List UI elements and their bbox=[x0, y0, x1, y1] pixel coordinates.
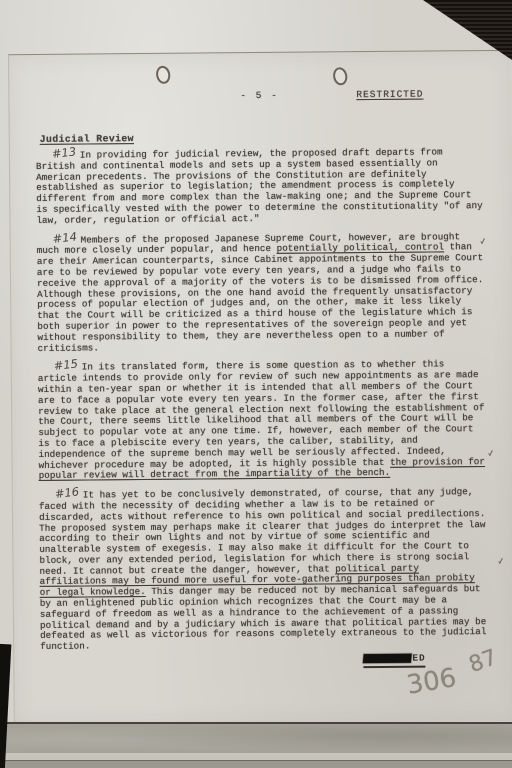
paragraph: #14Members of the proposed Japanese Supr… bbox=[37, 232, 484, 355]
paragraph: #16It has yet to be conclusively demonst… bbox=[39, 487, 487, 653]
paragraph: #13In providing for judicial review, the… bbox=[36, 147, 483, 226]
lower-sheet-band bbox=[0, 722, 512, 755]
lower-sheet-edge bbox=[0, 760, 512, 768]
paragraph: #15In its translated form, there is some… bbox=[38, 359, 485, 482]
restricted-stamp: ED bbox=[363, 653, 426, 669]
text-segment: In providing for judicial review, the pr… bbox=[36, 146, 483, 225]
paragraph-marker: #13 bbox=[51, 146, 76, 159]
stamp-redaction-bar bbox=[363, 654, 412, 663]
scanned-document-photo: - 5 - RESTRICTED Judicial Review #13In p… bbox=[0, 0, 512, 768]
paragraph-marker: #16 bbox=[54, 486, 79, 499]
paragraph-marker: #15 bbox=[53, 359, 78, 372]
paragraph-marker: #14 bbox=[52, 231, 77, 244]
stamp-visible-text: ED bbox=[412, 653, 426, 664]
text-segment: In its translated form, there is some qu… bbox=[38, 359, 485, 471]
pencil-checkmark-icon: ✓ bbox=[495, 554, 508, 569]
document-page: - 5 - RESTRICTED Judicial Review #13In p… bbox=[8, 50, 512, 725]
hole-punch bbox=[332, 66, 349, 86]
pencil-checkmark-icon: ✓ bbox=[485, 446, 498, 461]
section-title: Judicial Review bbox=[40, 133, 134, 145]
text-segment: than are their American counterparts, si… bbox=[37, 242, 484, 354]
page-number: - 5 - bbox=[240, 90, 279, 101]
lower-sheet-strip bbox=[0, 753, 512, 760]
handwritten-number: 306 bbox=[405, 663, 459, 701]
document-body: #13In providing for judicial review, the… bbox=[36, 147, 487, 662]
classification-header: RESTRICTED bbox=[356, 89, 423, 101]
hole-punch bbox=[155, 65, 172, 85]
